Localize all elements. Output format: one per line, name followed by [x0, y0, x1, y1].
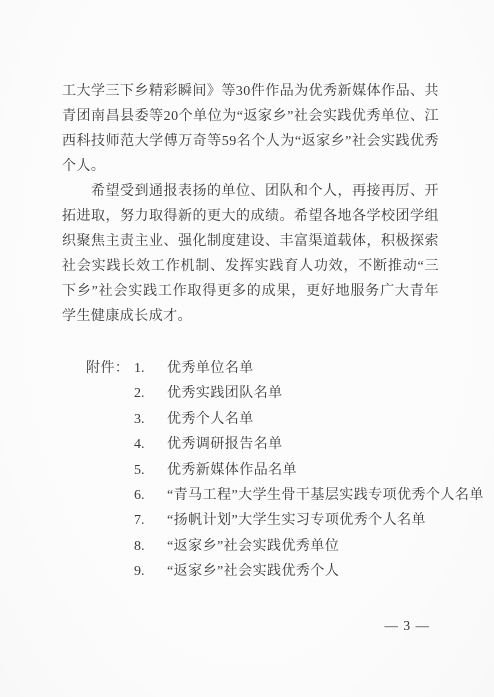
paragraph-hope: 希望受到通报表扬的单位、团队和个人，再接再厉、开拓进取，努力取得新的更大的成绩。… [62, 179, 439, 329]
attachment-item: 6. “青马工程”大学生骨干基层实践专项优秀个人名单 [134, 483, 484, 508]
attachment-title: 优秀调研报告名单 [167, 432, 283, 457]
attachment-title: 优秀新媒体作品名单 [167, 458, 297, 483]
attachments-list: 1. 优秀单位名单 2. 优秀实践团队名单 3. 优秀个人名单 4. 优秀调研报… [134, 356, 484, 585]
page-number-text: — 3 — [385, 618, 431, 633]
attachment-item: 8. “返家乡”社会实践优秀单位 [134, 534, 484, 559]
attachment-number: 4. [134, 432, 167, 457]
attachments-label: 附件： [86, 356, 134, 381]
page-number: — 3 — [385, 618, 431, 634]
attachment-title: 优秀个人名单 [167, 407, 254, 432]
attachment-item: 1. 优秀单位名单 [134, 356, 484, 381]
document-page: 工大学三下乡精彩瞬间》等30件作品为优秀新媒体作品、共青团南昌县委等20个单位为… [0, 0, 494, 697]
attachment-item: 2. 优秀实践团队名单 [134, 381, 484, 406]
attachment-title: “返家乡”社会实践优秀单位 [167, 534, 339, 559]
attachment-title: “返家乡”社会实践优秀个人 [167, 559, 339, 584]
attachment-title: “扬帆计划”大学生实习专项优秀个人名单 [167, 508, 426, 533]
attachment-number: 2. [134, 381, 167, 406]
attachment-number: 5. [134, 458, 167, 483]
attachment-number: 3. [134, 407, 167, 432]
document-body: 工大学三下乡精彩瞬间》等30件作品为优秀新媒体作品、共青团南昌县委等20个单位为… [62, 79, 439, 329]
paragraph-continuation: 工大学三下乡精彩瞬间》等30件作品为优秀新媒体作品、共青团南昌县委等20个单位为… [62, 79, 439, 179]
attachment-number: 7. [134, 508, 167, 533]
attachment-title: “青马工程”大学生骨干基层实践专项优秀个人名单 [167, 483, 484, 508]
attachment-item: 3. 优秀个人名单 [134, 407, 484, 432]
attachment-title: 优秀实践团队名单 [167, 381, 283, 406]
attachment-item: 9. “返家乡”社会实践优秀个人 [134, 559, 484, 584]
attachment-item: 7. “扬帆计划”大学生实习专项优秀个人名单 [134, 508, 484, 533]
attachment-item: 4. 优秀调研报告名单 [134, 432, 484, 457]
attachment-number: 1. [134, 356, 167, 381]
attachment-title: 优秀单位名单 [167, 356, 254, 381]
attachment-item: 5. 优秀新媒体作品名单 [134, 458, 484, 483]
attachment-number: 6. [134, 483, 167, 508]
attachment-number: 9. [134, 559, 167, 584]
attachment-number: 8. [134, 534, 167, 559]
attachments-block: 附件： 1. 优秀单位名单 2. 优秀实践团队名单 3. 优秀个人名单 4. 优… [86, 356, 484, 585]
